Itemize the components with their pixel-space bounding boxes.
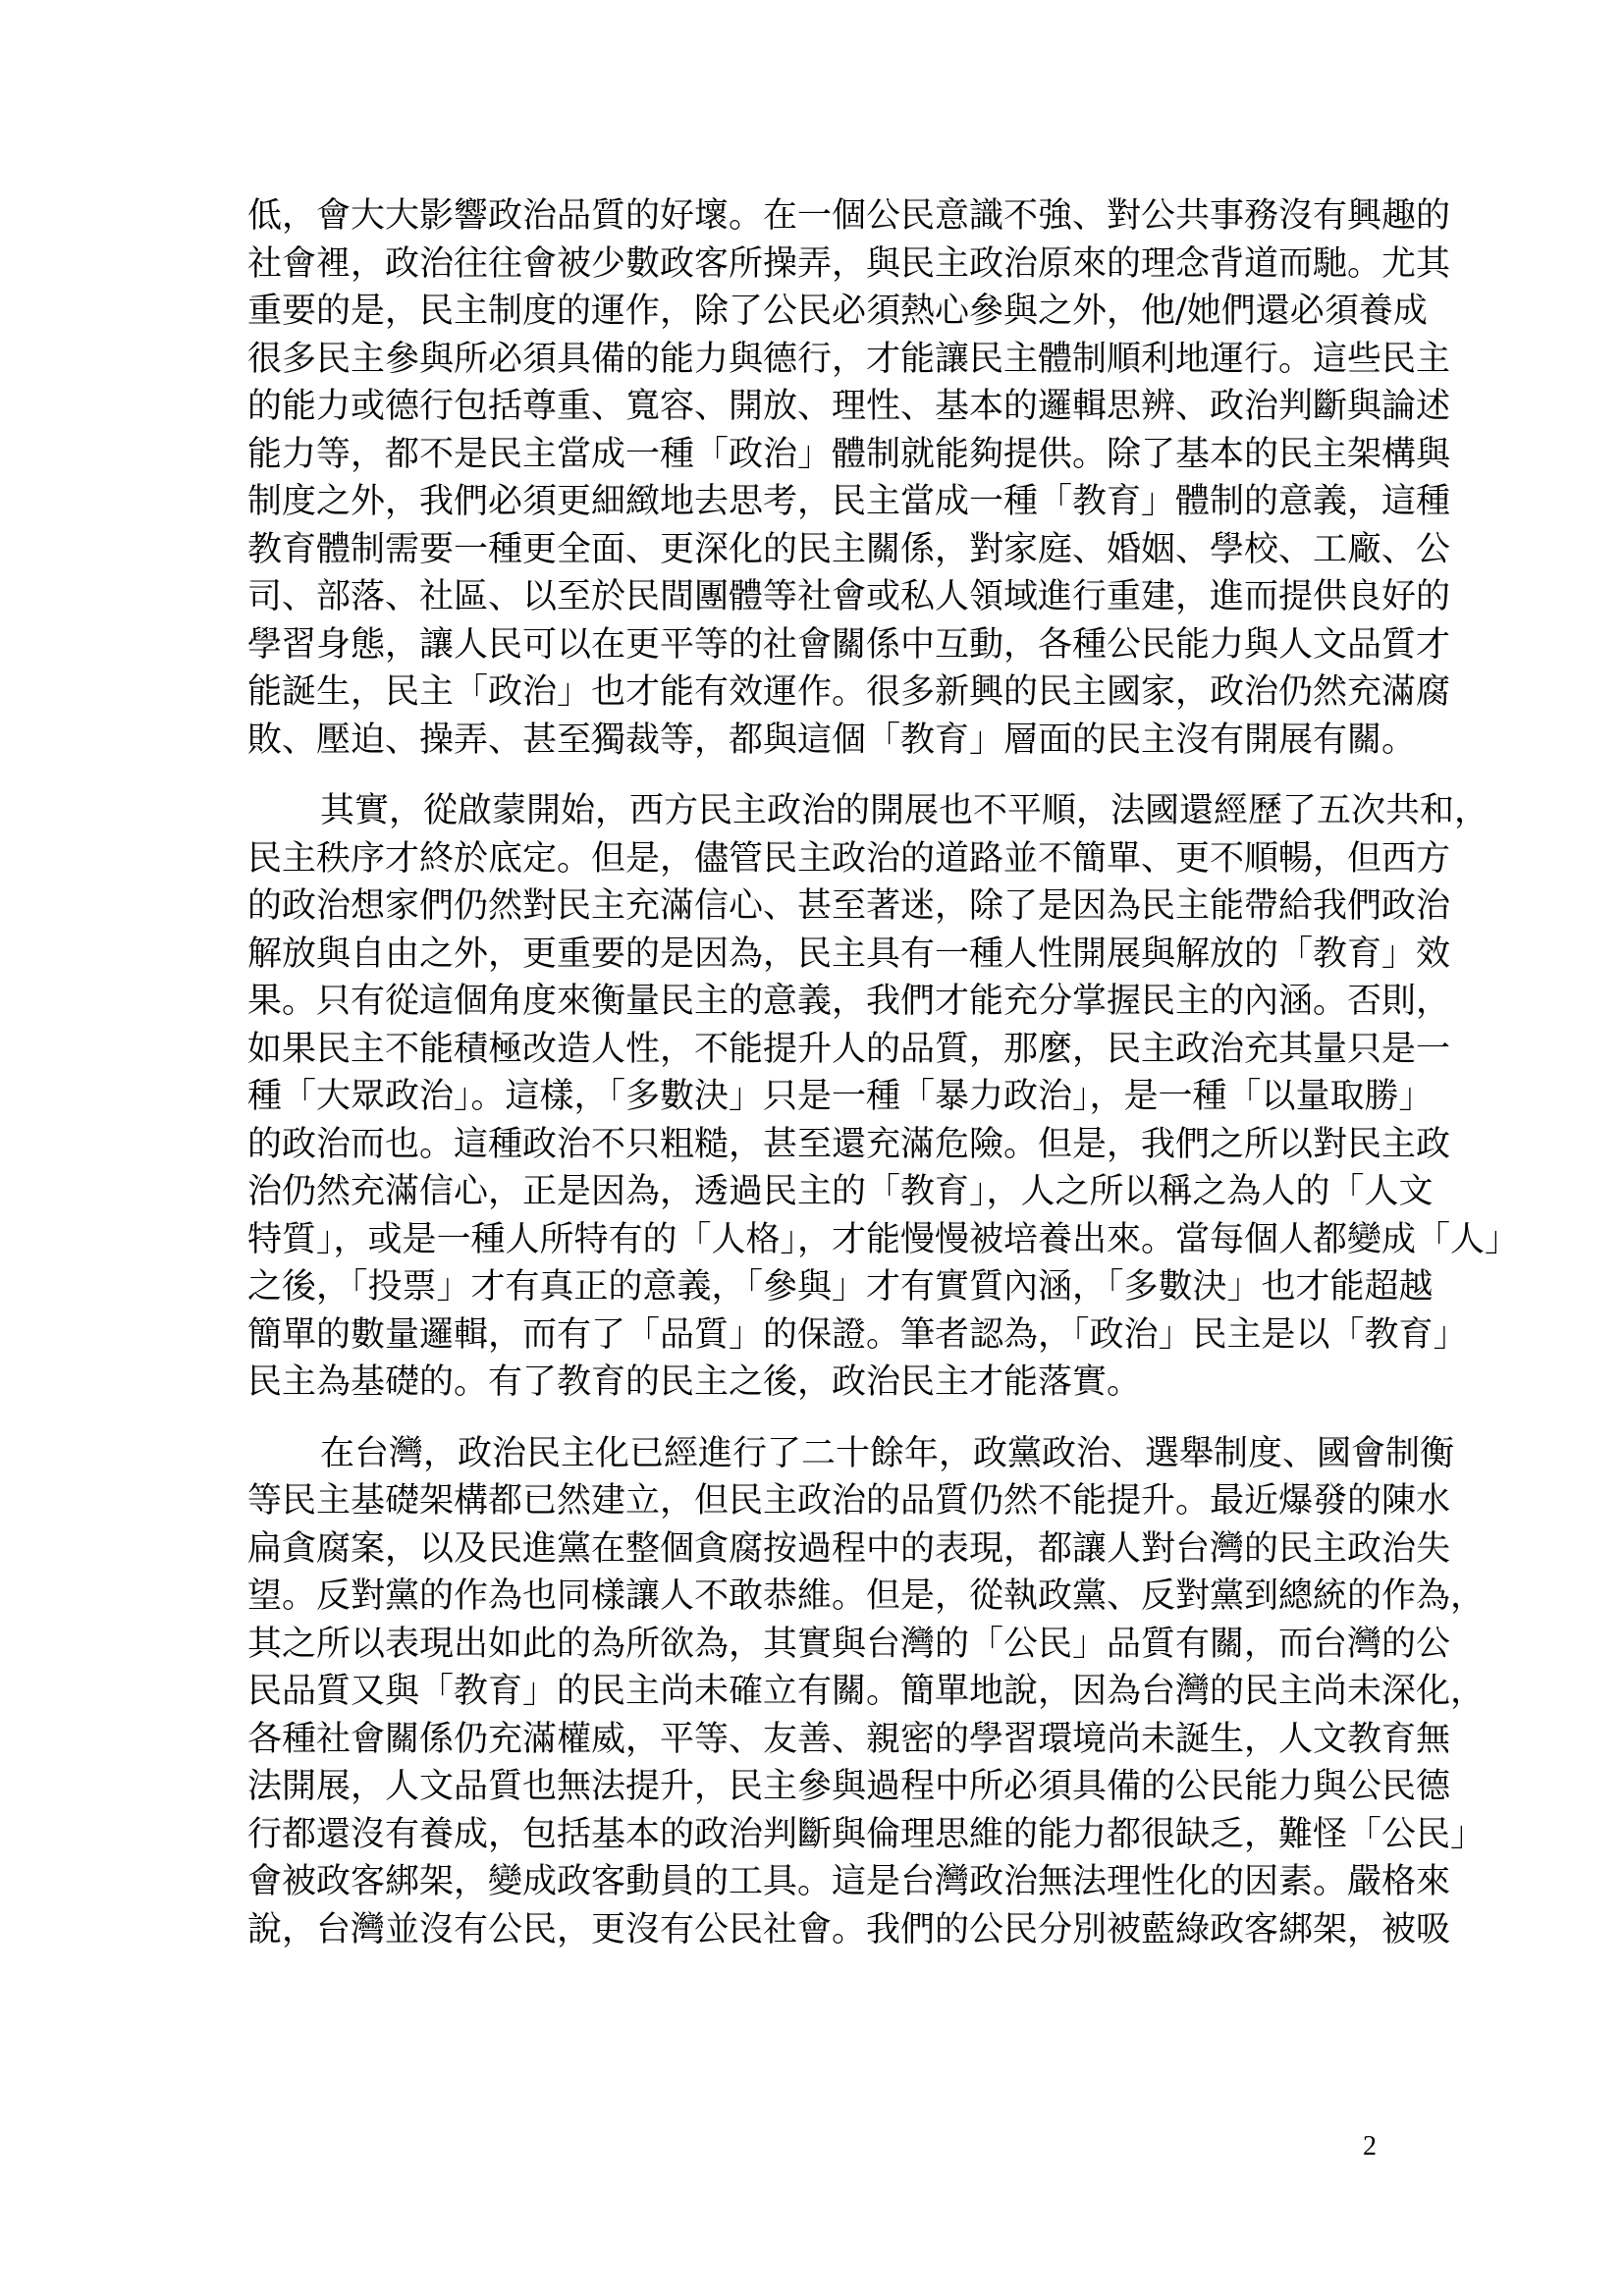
text-line: 其之所以表現出如此的為所欲為，其實與台灣的「公民」品質有關，而台灣的公 xyxy=(247,1621,1382,1669)
document-page: 低，會大大影響政治品質的好壞。在一個公民意識不強、對公共事務沒有興趣的 社會裡，… xyxy=(0,0,1624,2296)
text-line: 說，台灣並沒有公民，更沒有公民社會。我們的公民分別被藍綠政客綁架，被吸 xyxy=(247,1906,1382,1954)
text-line: 會被政客綁架，變成政客動員的工具。這是台灣政治無法理性化的因素。嚴格來 xyxy=(247,1858,1382,1906)
text-line: 解放與自由之外，更重要的是因為，民主具有一種人性開展與解放的「教育」效 xyxy=(247,931,1382,979)
text-line: 學習身態，讓人民可以在更平等的社會關係中互動，各種公民能力與人文品質才 xyxy=(247,621,1382,669)
text-line: 很多民主參與所必須具備的能力與德行，才能讓民主體制順利地運行。這些民主 xyxy=(247,336,1382,384)
text-line: 等民主基礎架構都已然建立，但民主政治的品質仍然不能提升。最近爆發的陳水 xyxy=(247,1477,1382,1525)
body-text: 低，會大大影響政治品質的好壞。在一個公民意識不強、對公共事務沒有興趣的 社會裡，… xyxy=(247,192,1382,1953)
text-line: 如果民主不能積極改造人性，不能提升人的品質，那麼，民主政治充其量只是一 xyxy=(247,1026,1382,1074)
text-line: 之後，「投票」才有真正的意義，「參與」才有實質內涵，「多數決」也才能超越 xyxy=(247,1263,1382,1311)
text-line: 重要的是，民主制度的運作，除了公民必須熱心參與之外，他/她們還必須養成 xyxy=(247,288,1382,336)
text-line: 的政治而也。這種政治不只粗糙，甚至還充滿危險。但是，我們之所以對民主政 xyxy=(247,1121,1382,1169)
text-line: 果。只有從這個角度來衡量民主的意義，我們才能充分掌握民主的內涵。否則， xyxy=(247,978,1382,1026)
text-line: 司、部落、社區、以至於民間團體等社會或私人領域進行重建，進而提供良好的 xyxy=(247,573,1382,621)
text-line: 低，會大大影響政治品質的好壞。在一個公民意識不強、對公共事務沒有興趣的 xyxy=(247,192,1382,240)
text-line: 特質」，或是一種人所特有的「人格」，才能慢慢被培養出來。當每個人都變成「人」 xyxy=(247,1216,1382,1264)
text-line: 其實，從啟蒙開始，西方民主政治的開展也不平順，法國還經歷了五次共和， xyxy=(247,787,1382,835)
text-line: 的政治想家們仍然對民主充滿信心、甚至著迷，除了是因為民主能帶給我們政治 xyxy=(247,882,1382,931)
text-line: 望。反對黨的作為也同樣讓人不敢恭維。但是，從執政黨、反對黨到總統的作為， xyxy=(247,1573,1382,1621)
text-line: 民主秩序才終於底定。但是，儘管民主政治的道路並不簡單、更不順暢，但西方 xyxy=(247,835,1382,883)
text-line: 敗、壓迫、操弄、甚至獨裁等，都與這個「教育」層面的民主沒有開展有關。 xyxy=(247,717,1382,765)
text-line: 各種社會關係仍充滿權威，平等、友善、親密的學習環境尚未誕生，人文教育無 xyxy=(247,1716,1382,1764)
paragraph-3: 在台灣，政治民主化已經進行了二十餘年，政黨政治、選舉制度、國會制衡 等民主基礎架… xyxy=(247,1430,1382,1954)
text-line: 民品質又與「教育」的民主尚未確立有關。簡單地說，因為台灣的民主尚未深化， xyxy=(247,1668,1382,1716)
text-line: 治仍然充滿信心，正是因為，透過民主的「教育」，人之所以稱之為人的「人文 xyxy=(247,1168,1382,1216)
text-line: 社會裡，政治往往會被少數政客所操弄，與民主政治原來的理念背道而馳。尤其 xyxy=(247,240,1382,289)
text-line: 種「大眾政治」。這樣，「多數決」只是一種「暴力政治」，是一種「以量取勝」 xyxy=(247,1073,1382,1121)
text-line: 法開展，人文品質也無法提升，民主參與過程中所必須具備的公民能力與公民德 xyxy=(247,1763,1382,1811)
paragraph-2: 其實，從啟蒙開始，西方民主政治的開展也不平順，法國還經歷了五次共和， 民主秩序才… xyxy=(247,787,1382,1407)
text-line: 在台灣，政治民主化已經進行了二十餘年，政黨政治、選舉制度、國會制衡 xyxy=(247,1430,1382,1478)
text-line: 行都還沒有養成，包括基本的政治判斷與倫理思維的能力都很缺乏，難怪「公民」 xyxy=(247,1811,1382,1859)
text-line: 教育體制需要一種更全面、更深化的民主關係，對家庭、婚姻、學校、工廠、公 xyxy=(247,526,1382,574)
text-line: 簡單的數量邏輯，而有了「品質」的保證。筆者認為，「政治」民主是以「教育」 xyxy=(247,1311,1382,1360)
text-line: 制度之外，我們必須更細緻地去思考，民主當成一種「教育」體制的意義，這種 xyxy=(247,478,1382,526)
paragraph-1: 低，會大大影響政治品質的好壞。在一個公民意識不強、對公共事務沒有興趣的 社會裡，… xyxy=(247,192,1382,764)
text-line: 的能力或德行包括尊重、寬容、開放、理性、基本的邏輯思辨、政治判斷與論述 xyxy=(247,383,1382,431)
text-line: 扁貪腐案，以及民進黨在整個貪腐按過程中的表現，都讓人對台灣的民主政治失 xyxy=(247,1525,1382,1574)
text-line: 能力等，都不是民主當成一種「政治」體制就能夠提供。除了基本的民主架構與 xyxy=(247,431,1382,479)
text-line: 能誕生，民主「政治」也才能有效運作。很多新興的民主國家，政治仍然充滿腐 xyxy=(247,668,1382,717)
text-line: 民主為基礎的。有了教育的民主之後，政治民主才能落實。 xyxy=(247,1359,1382,1407)
page-number: 2 xyxy=(1363,2132,1377,2162)
